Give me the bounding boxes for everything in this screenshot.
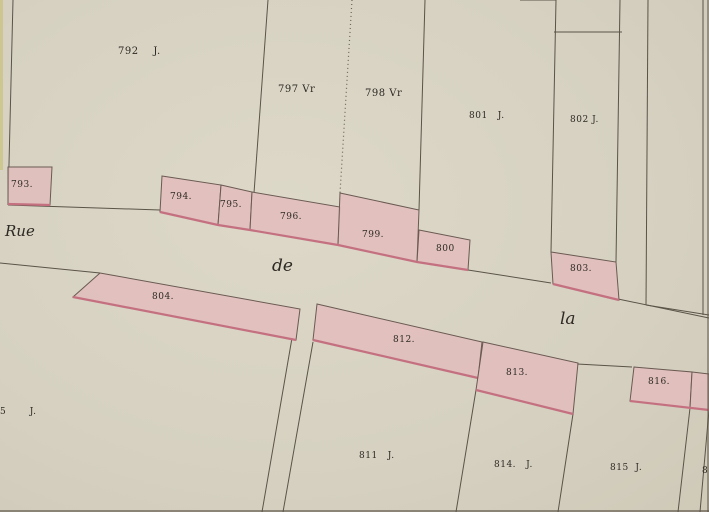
cadastral-map: 792 J. 793. 794. 795. 796. 797 Vr 798 Vr… — [0, 0, 709, 512]
parcel-suffix: J. — [526, 460, 533, 470]
parcel-suffix: J. — [498, 111, 505, 121]
parcel-label-799: 799. — [362, 230, 384, 240]
parcel-suffix: J. — [30, 407, 37, 417]
parcel-suffix: J. — [388, 451, 395, 461]
building-799 — [338, 193, 419, 262]
parcel-label-800: 800 — [436, 244, 455, 254]
parcel-suffix: J. — [592, 115, 599, 125]
parcel-label-814: 814. J. — [494, 460, 533, 470]
parcel-label-797: 797 Vr — [278, 84, 315, 95]
parcel-label-812: 812. — [393, 335, 415, 345]
parcel-suffix: J. — [153, 46, 160, 57]
parcel-label-794: 794. — [170, 192, 192, 202]
parcel-number: 798 — [365, 88, 386, 99]
parcel-number: 815 — [610, 463, 629, 473]
parcel-boundaries — [0, 0, 709, 512]
parcel-label-815: 815 J. — [610, 463, 642, 473]
building-804 — [73, 273, 300, 340]
parcel-number: 801 — [469, 111, 488, 121]
parcel-label-804: 804. — [152, 292, 174, 302]
parcel-number: 5 — [0, 407, 6, 417]
street-name-de: de — [272, 256, 293, 276]
parcel-number: 814. — [494, 460, 516, 470]
street-name-rue: Rue — [5, 222, 35, 240]
parcel-label-811: 811 J. — [359, 451, 395, 461]
parcel-label-795: 795. — [220, 200, 242, 210]
parcel-label-803: 803. — [570, 264, 592, 274]
parcel-label-813: 813. — [506, 368, 528, 378]
parcel-number: 792 — [118, 46, 139, 57]
parcel-number: 797 — [278, 84, 299, 95]
parcel-number: 802 — [570, 115, 589, 125]
parcel-suffix: Vr — [302, 84, 315, 95]
parcel-label-796: 796. — [280, 212, 302, 222]
parcel-label-802: 802 J. — [570, 115, 599, 125]
parcel-label-792: 792 J. — [118, 46, 161, 57]
parcel-number: 811 — [359, 451, 378, 461]
parcel-label-801: 801 J. — [469, 111, 505, 121]
parcel-label-798: 798 Vr — [365, 88, 402, 99]
parcel-label-793: 793. — [11, 180, 33, 190]
street-name-la: la — [560, 309, 576, 329]
parcel-suffix: Vr — [389, 88, 402, 99]
parcel-label-816: 816. — [648, 377, 670, 387]
parcel-suffix: J. — [635, 463, 642, 473]
parcel-label-805: 5 J. — [0, 407, 37, 417]
